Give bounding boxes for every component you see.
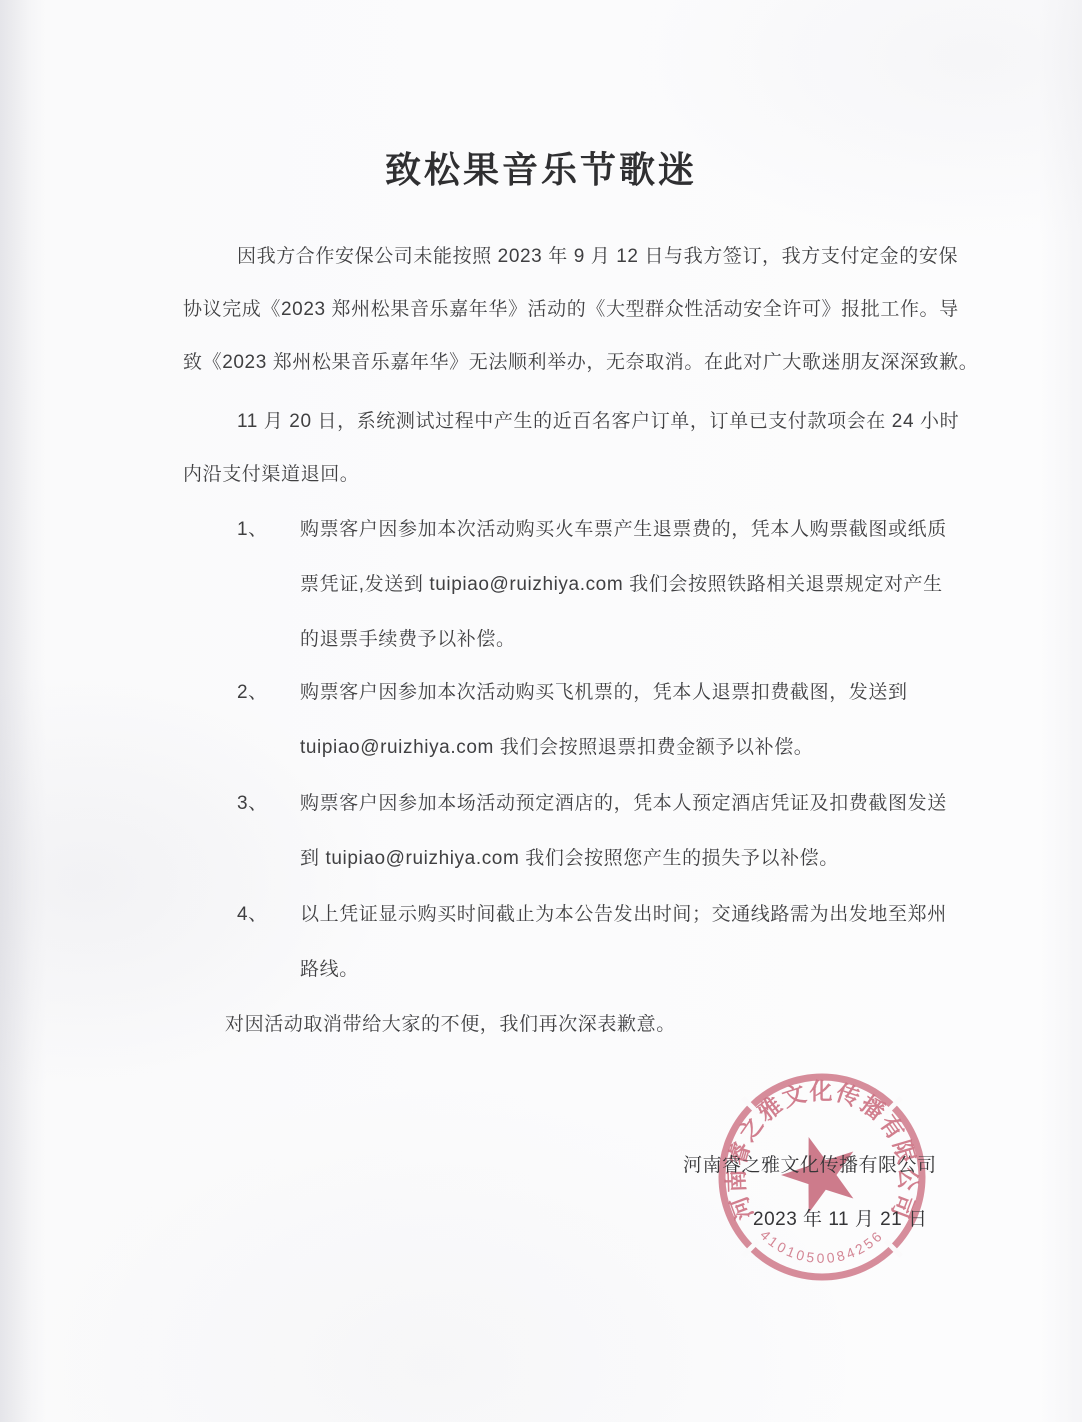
list-line: 的退票手续费予以补偿。 xyxy=(183,612,943,667)
paragraph-1: 因我方合作安保公司未能按照 2023 年 9 月 12 日与我方签订，我方支付定… xyxy=(183,230,943,389)
paragraph-2: 11 月 20 日，系统测试过程中产生的近百名客户订单，订单已支付款项会在 24… xyxy=(183,395,943,501)
list-item-4: 4、 以上凭证显示购买时间截止为本公告发出时间；交通线路需为出发地至郑州 路线。 xyxy=(183,887,943,997)
stamp-serial: 4101050084256 xyxy=(757,1227,887,1266)
signature-date: 2023 年 11 月 21 日 xyxy=(753,1204,928,1231)
list-line: tuipiao@ruizhiya.com 我们会按照退票扣费金额予以补偿。 xyxy=(183,720,943,775)
paragraph-line: 内沿支付渠道退回。 xyxy=(183,448,943,501)
signature-company: 河南睿之雅文化传播有限公司 xyxy=(683,1150,937,1177)
paragraph-line: 致《2023 郑州松果音乐嘉年华》无法顺利举办，无奈取消。在此对广大歌迷朋友深深… xyxy=(183,336,943,389)
list-line: 票凭证,发送到 tuipiao@ruizhiya.com 我们会按照铁路相关退票… xyxy=(183,557,943,612)
paragraph-line: 协议完成《2023 郑州松果音乐嘉年华》活动的《大型群众性活动安全许可》报批工作… xyxy=(183,283,943,336)
list-number: 2、 xyxy=(237,665,268,720)
list-line: 购票客户因参加本次活动购买火车票产生退票费的，凭本人购票截图或纸质 xyxy=(183,502,943,557)
page-title: 致松果音乐节歌迷 xyxy=(0,142,1082,193)
list-number: 3、 xyxy=(237,776,268,831)
list-item-3: 3、 购票客户因参加本场活动预定酒店的，凭本人预定酒店凭证及扣费截图发送 到 t… xyxy=(183,776,943,886)
list-line: 购票客户因参加本场活动预定酒店的，凭本人预定酒店凭证及扣费截图发送 xyxy=(183,776,943,831)
list-item-1: 1、 购票客户因参加本次活动购买火车票产生退票费的，凭本人购票截图或纸质 票凭证… xyxy=(183,502,943,667)
company-seal-stamp: 河南睿之雅文化传播有限公司 4101050084256 xyxy=(667,1025,977,1335)
stamp-serial-path: 4101050084256 xyxy=(757,1227,887,1266)
list-number: 1、 xyxy=(237,502,268,557)
list-number: 4、 xyxy=(237,887,268,942)
paragraph-line: 因我方合作安保公司未能按照 2023 年 9 月 12 日与我方签订，我方支付定… xyxy=(183,230,943,283)
paragraph-line: 11 月 20 日，系统测试过程中产生的近百名客户订单，订单已支付款项会在 24… xyxy=(183,395,943,448)
list-line: 到 tuipiao@ruizhiya.com 我们会按照您产生的损失予以补偿。 xyxy=(183,831,943,886)
document-page: 致松果音乐节歌迷 因我方合作安保公司未能按照 2023 年 9 月 12 日与我… xyxy=(0,0,1082,1422)
list-item-2: 2、 购票客户因参加本次活动购买飞机票的，凭本人退票扣费截图，发送到 tuipi… xyxy=(183,665,943,775)
list-line: 路线。 xyxy=(183,942,943,997)
list-line: 购票客户因参加本次活动购买飞机票的，凭本人退票扣费截图，发送到 xyxy=(183,665,943,720)
list-line: 以上凭证显示购买时间截止为本公告发出时间；交通线路需为出发地至郑州 xyxy=(183,887,943,942)
